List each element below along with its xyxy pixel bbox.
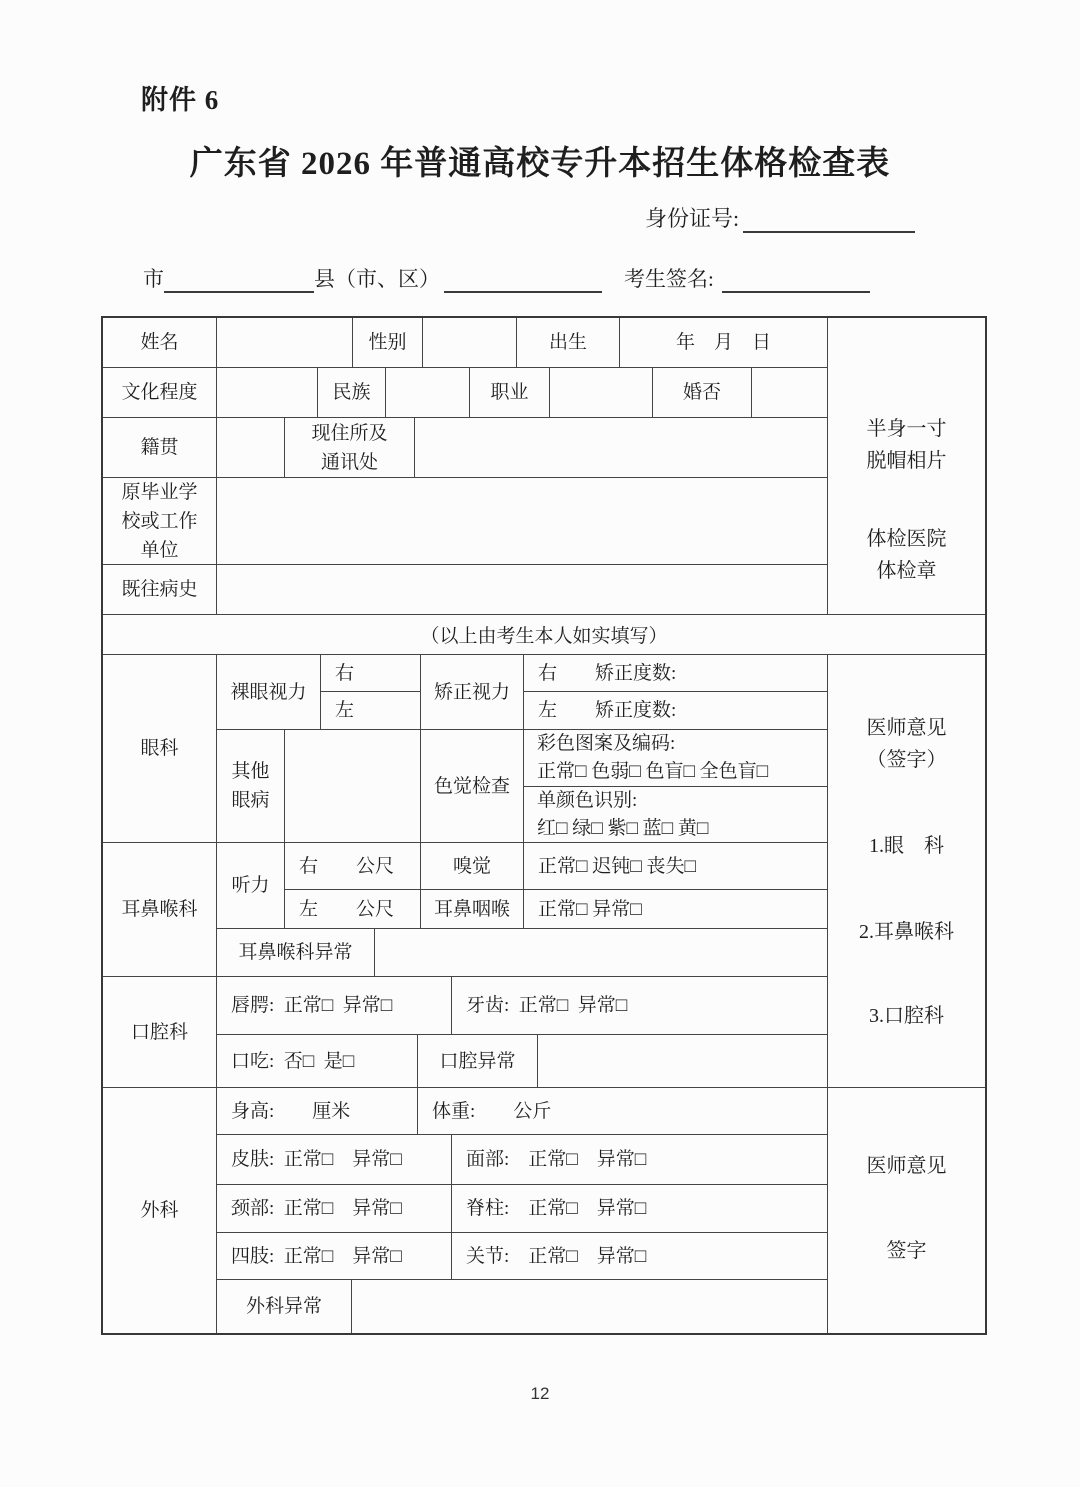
medical-history-input-cell — [217, 565, 828, 615]
county-blank-line — [444, 271, 602, 293]
row-education-ethnicity: 文化程度 民族 职业 婚否 — [103, 368, 828, 418]
ent-section: 耳鼻喉科 听力 右 公尺 嗅觉 正常□ 迟钝□ 丧失□ — [103, 843, 828, 977]
city-blank-line — [164, 271, 314, 293]
photo-and-seal-cell: 半身一寸 脱帽相片 体检医院 体检章 — [828, 318, 985, 615]
exam-form-table: 姓名 性别 出生 年 月 日 文化程度 民族 职业 婚否 — [101, 316, 987, 1335]
row-medical-history: 既往病史 — [103, 565, 828, 615]
throat-label: 耳鼻咽喉 — [421, 890, 524, 929]
medical-history-label: 既往病史 — [103, 565, 217, 615]
oral-abnormal-input-cell — [538, 1035, 828, 1088]
hospital-seal-line1: 体检医院 — [828, 524, 985, 554]
lip-palate-cell: 唇腭: 正常□ 异常□ — [217, 977, 452, 1035]
doctor-opinion-sign-note: （签字） — [828, 745, 985, 775]
surgery-section: 外科 身高: 厘米 体重: 公斤 皮肤: 正常□ 异常□ 面部: 正常□ 异常□ — [103, 1088, 828, 1333]
color-pattern-cell: 彩色图案及编码: 正常□ 色弱□ 色盲□ 全色盲□ — [524, 730, 828, 787]
stutter-cell: 口吃: 否□ 是□ — [217, 1035, 418, 1088]
address-label: 现住所及 通讯处 — [285, 418, 415, 478]
skin-cell: 皮肤: 正常□ 异常□ — [217, 1135, 452, 1185]
occupation-input-cell — [550, 368, 653, 418]
photo-note-line1: 半身一寸 — [828, 414, 985, 444]
previous-school-label: 原毕业学 校或工作 单位 — [103, 478, 217, 565]
teeth-cell: 牙齿: 正常□ 异常□ — [452, 977, 828, 1035]
doctor-opinion-title-bottom: 医师意见 — [828, 1151, 985, 1181]
surgery-abnormal-label: 外科异常 — [217, 1280, 352, 1333]
photo-note-line2: 脱帽相片 — [828, 446, 985, 476]
height-cell: 身高: 厘米 — [217, 1088, 418, 1135]
signature-blank-line — [722, 271, 870, 293]
ent-section-label: 耳鼻喉科 — [103, 843, 217, 977]
face-cell: 面部: 正常□ 异常□ — [452, 1135, 828, 1185]
birth-label: 出生 — [517, 318, 620, 368]
surgery-abnormal-input-cell — [352, 1280, 828, 1333]
name-input-cell — [217, 318, 353, 368]
doctor-sign-label: 签字 — [828, 1236, 985, 1266]
doctor-opinion-title: 医师意见 — [828, 713, 985, 743]
doctor-opinion-cell-bottom: 医师意见 签字 — [828, 1088, 985, 1333]
signature-label: 考生签名: — [624, 267, 714, 291]
previous-school-input-cell — [217, 478, 828, 565]
id-number-blank-line — [743, 211, 915, 233]
naked-vision-label: 裸眼视力 — [217, 655, 321, 730]
throat-options-cell: 正常□ 异常□ — [524, 890, 828, 929]
page-number: 12 — [0, 1384, 1080, 1404]
name-label: 姓名 — [103, 318, 217, 368]
color-test-label: 色觉检查 — [421, 730, 524, 843]
row-previous-school: 原毕业学 校或工作 单位 — [103, 478, 828, 565]
education-label: 文化程度 — [103, 368, 217, 418]
doctor-item-ent: 2.耳鼻喉科 — [828, 917, 985, 947]
gender-label: 性别 — [353, 318, 423, 368]
smell-label: 嗅觉 — [421, 843, 524, 890]
oral-section: 口腔科 唇腭: 正常□ 异常□ 牙齿: 正常□ 异常□ 口吃: 否□ 是□ 口腔… — [103, 977, 828, 1088]
limbs-cell: 四肢: 正常□ 异常□ — [217, 1233, 452, 1280]
id-number-row: 身份证号: — [645, 202, 915, 233]
other-eye-disease-label: 其他 眼病 — [217, 730, 285, 843]
ent-abnormal-input-cell — [375, 929, 828, 977]
doctor-opinion-cell-mid: 医师意见 （签字） 1.眼 科 2.耳鼻喉科 3.口腔科 — [828, 655, 985, 1088]
native-place-input-cell — [217, 418, 285, 478]
location-signature-row: 市县（市、区）考生签名: — [143, 263, 870, 293]
surgery-section-label: 外科 — [103, 1088, 217, 1333]
ethnicity-label: 民族 — [318, 368, 386, 418]
attachment-label: 附件 6 — [141, 78, 219, 117]
address-input-cell — [415, 418, 828, 478]
corrected-vision-label: 矫正视力 — [421, 655, 524, 730]
eye-section: 眼科 裸眼视力 右 左 矫正视力 右 矫正度数: 左 — [103, 655, 828, 843]
spine-cell: 脊柱: 正常□ 异常□ — [452, 1185, 828, 1233]
oral-abnormal-label: 口腔异常 — [418, 1035, 538, 1088]
native-place-label: 籍贯 — [103, 418, 217, 478]
marital-label: 婚否 — [653, 368, 752, 418]
eye-section-label: 眼科 — [103, 655, 217, 843]
education-input-cell — [217, 368, 318, 418]
ethnicity-input-cell — [386, 368, 470, 418]
single-color-cell: 单颜色识别: 红□ 绿□ 紫□ 蓝□ 黄□ — [524, 787, 828, 843]
birth-date-format: 年 月 日 — [620, 318, 828, 368]
row-name-gender-birth: 姓名 性别 出生 年 月 日 — [103, 318, 828, 368]
occupation-label: 职业 — [470, 368, 550, 418]
hearing-right-cell: 右 公尺 — [285, 843, 421, 890]
gender-input-cell — [423, 318, 517, 368]
joints-cell: 关节: 正常□ 异常□ — [452, 1233, 828, 1280]
county-label: 县（市、区） — [314, 267, 440, 291]
form-title: 广东省 2026 年普通高校专升本招生体格检查表 — [0, 137, 1080, 184]
smell-options-cell: 正常□ 迟钝□ 丧失□ — [524, 843, 828, 890]
naked-vision-left-cell: 左 — [321, 692, 421, 730]
id-number-label: 身份证号: — [645, 206, 739, 231]
naked-vision-right-cell: 右 — [321, 655, 421, 692]
physical-exam-form-page: 附件 6 广东省 2026 年普通高校专升本招生体格检查表 身份证号: 市县（市… — [0, 0, 1080, 1487]
doctor-item-eye: 1.眼 科 — [828, 831, 985, 861]
city-label: 市 — [143, 267, 164, 291]
hospital-seal-line2: 体检章 — [828, 556, 985, 586]
weight-cell: 体重: 公斤 — [418, 1088, 828, 1135]
ent-abnormal-label: 耳鼻喉科异常 — [217, 929, 375, 977]
corrected-left-cell: 左 矫正度数: — [524, 692, 828, 730]
neck-cell: 颈部: 正常□ 异常□ — [217, 1185, 452, 1233]
oral-section-label: 口腔科 — [103, 977, 217, 1088]
corrected-right-cell: 右 矫正度数: — [524, 655, 828, 692]
self-fill-notice: （以上由考生本人如实填写） — [103, 615, 985, 655]
hearing-label: 听力 — [217, 843, 285, 929]
marital-input-cell — [752, 368, 828, 418]
row-native-address: 籍贯 现住所及 通讯处 — [103, 418, 828, 478]
doctor-item-oral: 3.口腔科 — [828, 1001, 985, 1031]
hearing-left-cell: 左 公尺 — [285, 890, 421, 929]
other-eye-disease-input-cell — [285, 730, 421, 843]
